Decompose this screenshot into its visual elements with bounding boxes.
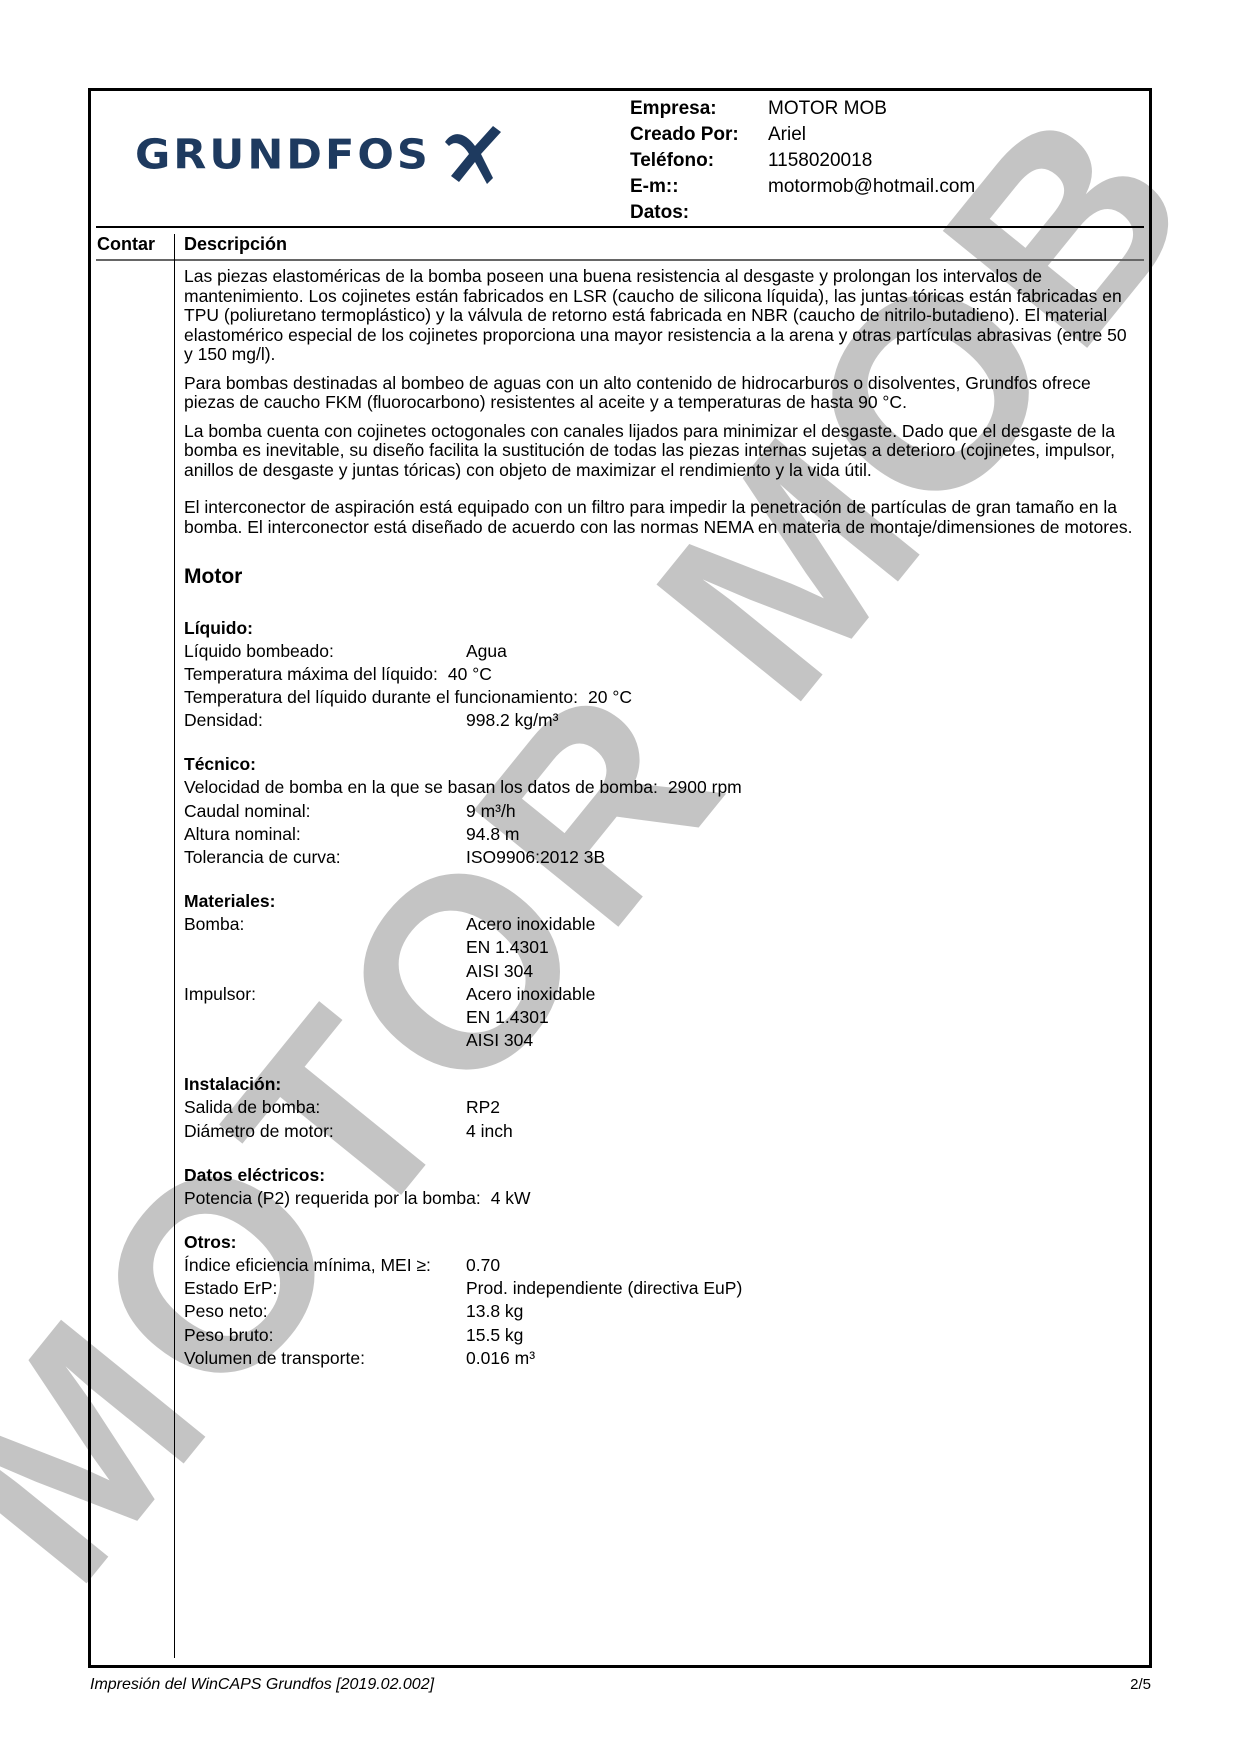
- spec-row: Caudal nominal:9 m³/h: [184, 800, 1139, 823]
- group-materiales: Materiales: Bomba: Acero inoxidableEN 1.…: [184, 890, 1139, 1052]
- spec-row: Densidad:998.2 kg/m³: [184, 709, 1139, 732]
- info-row-company: Empresa: MOTOR MOB: [630, 96, 975, 122]
- column-header-divider: [96, 259, 1144, 261]
- page-number: 2/5: [1130, 1676, 1151, 1693]
- info-row-email: E-m:: motormob@hotmail.com: [630, 174, 975, 200]
- group-tecnico: Técnico: Velocidad de bomba en la que se…: [184, 753, 1139, 869]
- spec-row: Diámetro de motor:4 inch: [184, 1120, 1139, 1143]
- brand-name: GRUNDFOS: [135, 131, 431, 179]
- section-title-motor: Motor: [184, 567, 1139, 587]
- spec-row: Tolerancia de curva:ISO9906:2012 3B: [184, 846, 1139, 869]
- spec-row: Altura nominal:94.8 m: [184, 823, 1139, 846]
- spec-row: Velocidad de bomba en la que se basan lo…: [184, 776, 1139, 799]
- company-value: MOTOR MOB: [768, 96, 887, 122]
- description-content: Las piezas elastoméricas de la bomba pos…: [184, 267, 1139, 1391]
- column-header-description: Descripción: [184, 234, 287, 255]
- description-paragraph: El interconector de aspiración está equi…: [184, 498, 1139, 537]
- spec-row: Temperatura máxima del líquido:40 °C: [184, 663, 1139, 686]
- created-by-value: Ariel: [768, 122, 806, 148]
- grundfos-logo: GRUNDFOS: [135, 120, 511, 190]
- column-separator: [174, 234, 175, 1658]
- group-instalacion: Instalación: Salida de bomba:RP2 Diámetr…: [184, 1073, 1139, 1142]
- group-otros: Otros: Índice eficiencia mínima, MEI ≥:0…: [184, 1231, 1139, 1370]
- grundfos-x-mark-icon: [441, 124, 511, 186]
- spec-row: Impulsor: Acero inoxidableEN 1.4301AISI …: [184, 983, 1139, 1053]
- spec-row: Índice eficiencia mínima, MEI ≥:0.70: [184, 1254, 1139, 1277]
- group-datos-electricos: Datos eléctricos: Potencia (P2) requerid…: [184, 1164, 1139, 1210]
- spec-row: Potencia (P2) requerida por la bomba:4 k…: [184, 1187, 1139, 1210]
- column-header-count: Contar: [97, 234, 155, 255]
- footer-printed-by: Impresión del WinCAPS Grundfos [2019.02.…: [90, 1676, 434, 1694]
- info-row-created-by: Creado Por: Ariel: [630, 122, 975, 148]
- spec-row: Temperatura del líquido durante el funci…: [184, 686, 1139, 709]
- email-value: motormob@hotmail.com: [768, 174, 975, 200]
- description-paragraph: Para bombas destinadas al bombeo de agua…: [184, 374, 1139, 413]
- spec-row: Estado ErP:Prod. independiente (directiv…: [184, 1277, 1139, 1300]
- spec-row: Peso bruto:15.5 kg: [184, 1324, 1139, 1347]
- spec-row: Peso neto:13.8 kg: [184, 1300, 1139, 1323]
- header-divider: [96, 226, 1144, 228]
- spec-row: Salida de bomba:RP2: [184, 1096, 1139, 1119]
- info-row-date: Datos:: [630, 200, 975, 226]
- info-row-phone: Teléfono: 1158020018: [630, 148, 975, 174]
- spec-row: Volumen de transporte:0.016 m³: [184, 1347, 1139, 1370]
- phone-value: 1158020018: [768, 148, 872, 174]
- description-paragraph: La bomba cuenta con cojinetes octogonale…: [184, 422, 1139, 481]
- spec-row: Líquido bombeado:Agua: [184, 640, 1139, 663]
- spec-row: Bomba: Acero inoxidableEN 1.4301AISI 304: [184, 913, 1139, 983]
- description-paragraph: Las piezas elastoméricas de la bomba pos…: [184, 267, 1139, 365]
- group-liquido: Líquido: Líquido bombeado:Agua Temperatu…: [184, 617, 1139, 733]
- document-info: Empresa: MOTOR MOB Creado Por: Ariel Tel…: [630, 96, 975, 226]
